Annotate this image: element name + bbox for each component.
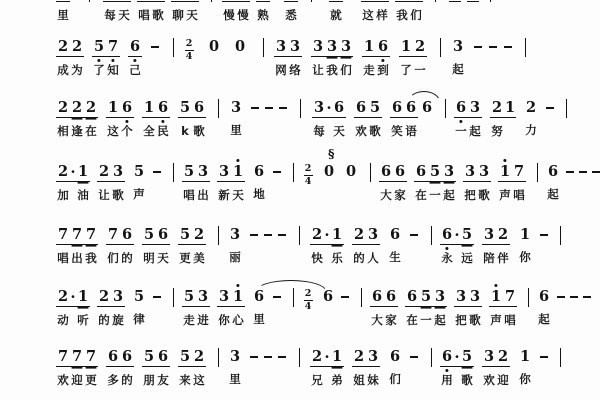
note-cell: 6民 (156, 99, 170, 139)
note-cell: 6生 (388, 226, 402, 265)
barline-glyph (208, 0, 215, 1)
dash-note-glyph (569, 288, 579, 306)
barline (86, 0, 93, 1)
lyric-char: 一 (420, 313, 432, 328)
lyric-char: 出 (197, 188, 209, 203)
note-cell-glyph: 3 (442, 163, 456, 182)
clipped-note: 这 (361, 0, 375, 23)
barline (428, 226, 435, 244)
time-signature: 24 (301, 163, 315, 186)
note-cell-glyph: 3 (111, 288, 125, 307)
note-cell: 1你 (518, 226, 532, 265)
clipped-note-glyph (185, 0, 199, 2)
lyric-char: 的 (121, 373, 133, 388)
octave-dot-below (445, 247, 448, 250)
note-cell-glyph: 1 (489, 288, 503, 307)
note-cell: 6友 (156, 348, 170, 388)
dash-note (569, 288, 579, 306)
clipped-note: 样 (375, 0, 389, 23)
notation-system: 7唱7出7我7们6的5明6天5更2美3丽2快·1乐2的3人6生6永·5远3陪2伴… (56, 226, 564, 266)
note-cell: 3陪 (482, 226, 496, 266)
clipped-note-glyph (151, 0, 165, 2)
time-signature-glyph: 24 (301, 163, 315, 186)
note-cell-glyph: 5 (460, 348, 474, 367)
dash-note (582, 288, 592, 306)
note-cell: 1听 (76, 288, 90, 328)
lyric-char: 天 (333, 124, 345, 139)
barline-glyph (260, 38, 267, 56)
note-cell-glyph: 6 (393, 163, 407, 182)
lyric-char: 在 (406, 313, 418, 328)
note-cell: 6家 (393, 163, 407, 203)
note-cell-glyph: 6 (332, 99, 346, 118)
note-cell: 7唱 (512, 163, 526, 203)
lyric-char: 家 (394, 188, 406, 203)
lyric-char: 人 (367, 251, 379, 266)
dash-note (556, 288, 566, 306)
lyric-char: 笑 (391, 124, 403, 139)
note-cell: 5走 (182, 288, 196, 328)
lyric-char: 起 (538, 312, 550, 327)
rest-note: 0 (323, 163, 335, 181)
lyric-char: 起 (434, 313, 446, 328)
barline-glyph (170, 38, 177, 56)
note-cell-glyph: 6 (405, 288, 419, 307)
note-cell-glyph: 3 (463, 163, 477, 182)
note-cell: 1了 (399, 38, 413, 78)
lyric-char: 络 (289, 63, 301, 78)
lyric-char: 快 (311, 251, 323, 266)
note-cell: 3每 (312, 99, 326, 139)
note-cell-glyph: 2 (56, 99, 70, 118)
note-cell: 5一 (419, 288, 433, 328)
barline-glyph (290, 163, 297, 181)
note-cell-glyph: 7 (84, 226, 98, 245)
dash-note (152, 163, 162, 181)
note-cell-glyph: 3 (196, 163, 210, 182)
lyric-char: 唱 (513, 188, 525, 203)
note-cell: 6语 (404, 99, 418, 139)
note-cell-glyph: 6 (454, 99, 468, 118)
lyric-char: 心 (232, 313, 244, 328)
lyric-char: 天 (118, 8, 130, 23)
note-cell: 2姐 (352, 348, 366, 388)
lyric-char: 里 (253, 312, 265, 327)
barline-glyph (428, 226, 435, 244)
note-cell: 3起 (442, 163, 456, 203)
lyric-char: 把 (464, 188, 476, 203)
dash-note (488, 38, 498, 56)
note-cell: 1天 (231, 163, 245, 203)
note-cell: 1弟 (330, 348, 344, 388)
note-cell-glyph: 6 (128, 38, 142, 57)
barline (525, 288, 532, 306)
dash-note-glyph (152, 288, 162, 306)
note-cell: 2加 (56, 163, 70, 203)
lyric-char: 多 (107, 373, 119, 388)
lyric-char: 相 (57, 124, 69, 139)
barline (290, 288, 297, 306)
dash-note-glyph (249, 348, 259, 366)
note-cell-glyph: 2 (192, 226, 206, 245)
note-cell-glyph: 5 (182, 163, 196, 182)
lyric-char: 就 (330, 8, 342, 23)
note-cell: 1声 (489, 288, 503, 328)
dash-note (249, 226, 259, 244)
note-cell-glyph: 3 (454, 288, 468, 307)
lyric-char: 声 (490, 313, 502, 328)
lyric-char: 你 (519, 250, 531, 265)
barline (215, 99, 222, 117)
note-cell-glyph: 2 (413, 38, 427, 57)
note-cell: 5歌 (460, 348, 474, 388)
note-cell: 2努 (490, 99, 504, 139)
note-cell-glyph: 1 (330, 348, 344, 367)
barline-glyph (525, 288, 532, 306)
lyric-char: 一 (455, 124, 467, 139)
dash-note (249, 348, 259, 366)
note-cell-glyph: 6 (537, 288, 551, 306)
note-cell-glyph: 6 (322, 288, 334, 306)
note-cell-glyph: 2 (56, 163, 70, 182)
note-cell: 2动 (56, 288, 70, 328)
lyric-char: 地 (253, 187, 265, 202)
lyric-char: 努 (491, 124, 503, 139)
note-cell-glyph: 3 (477, 163, 491, 182)
barline-glyph (308, 0, 315, 1)
clipped-note: 悉 (284, 0, 298, 23)
lyric-char: 熟 (257, 8, 269, 23)
lyric-char: 我 (396, 8, 408, 23)
note-cell-glyph: 3 (366, 226, 380, 245)
clipped-note (449, 0, 461, 2)
lyric-char: 样 (376, 8, 388, 23)
octave-dot-below (125, 120, 128, 123)
note-cell-glyph: 6 (388, 348, 402, 366)
note-cell: 7更 (84, 348, 98, 388)
note-cell-glyph: 6 (252, 163, 266, 181)
note-cell-glyph: 1 (76, 288, 90, 307)
lyric-char: 欢 (355, 124, 367, 139)
dash-note-glyph (340, 288, 350, 306)
note-cell: 2在 (84, 99, 98, 139)
note-cell-glyph: 3 (325, 38, 339, 57)
dash-note (503, 38, 513, 56)
note-cell: 5歌 (368, 99, 382, 139)
lyric-char: 起 (443, 188, 455, 203)
barline-glyph (215, 226, 222, 244)
note-cell: 6永 (440, 226, 454, 266)
barline (308, 0, 315, 1)
lyric-char: 油 (77, 188, 89, 203)
dash-note (340, 288, 350, 306)
note-cell-glyph: 7 (70, 226, 84, 245)
barline (487, 0, 494, 1)
note-cell-glyph: 3 (339, 38, 353, 57)
lyric-char: 天 (186, 8, 198, 23)
note-cell: 5朋 (142, 348, 156, 388)
clipped-note: 里 (56, 0, 70, 23)
lyric-char: 们 (340, 63, 352, 78)
note-cell: 2兄 (310, 348, 324, 388)
lyric-char: 明 (143, 251, 155, 266)
note-cell: 3旋 (111, 288, 125, 328)
lyric-char: 大 (371, 313, 383, 328)
dash-note (263, 226, 273, 244)
note-cell-glyph: 5 (428, 163, 442, 182)
notation-system: 2成2为5了7知6己24003网3络3让3我3们1走6到1了2一3起 (56, 38, 529, 78)
note-cell: 3把 (454, 288, 468, 328)
note-cell: 2让 (97, 163, 111, 203)
barline (170, 288, 177, 306)
barline (432, 0, 439, 1)
note-cell: 1声 (498, 163, 512, 203)
note-cell: 5了 (92, 38, 106, 78)
note-cell: 6到 (376, 38, 390, 78)
note-cell-glyph: 2 (310, 226, 324, 245)
note-cell-glyph: 6 (156, 348, 170, 367)
note-cell: 6们 (388, 348, 402, 387)
note-cell: 3里 (228, 348, 242, 387)
note-cell: 7唱 (56, 226, 70, 266)
lyric-char: 来 (179, 373, 191, 388)
lyric-char: 妹 (367, 373, 379, 388)
lyric-char: 更 (179, 251, 191, 266)
lyric-char: 把 (455, 313, 467, 328)
lyric-char: 迎 (71, 373, 83, 388)
note-cell-glyph: 6 (414, 163, 428, 182)
clipped-note-glyph (409, 0, 423, 2)
note-cell-glyph: 6 (106, 348, 120, 367)
note-cell: 6的 (120, 348, 134, 388)
note-cell-glyph: 5 (132, 288, 146, 306)
note-cell-glyph: 3 (288, 38, 302, 57)
octave-dot-above (236, 159, 239, 162)
lyric-char: 走 (183, 313, 195, 328)
lyric-char: 慢 (237, 8, 249, 23)
rest-note-glyph: 0 (208, 38, 220, 56)
note-cell: 1 (504, 99, 516, 118)
clipped-note-glyph (395, 0, 409, 2)
note-cell-glyph: 3 (228, 226, 242, 244)
barline-glyph (86, 0, 93, 1)
note-cell: 7我 (84, 226, 98, 266)
dash-note-glyph (578, 163, 588, 181)
dash-note-glyph (277, 226, 287, 244)
lyric-char: 们 (107, 251, 119, 266)
lyric-char: 里 (230, 123, 242, 138)
dash-note (278, 99, 288, 117)
lyric-char: 远 (461, 251, 473, 266)
lyric-char: 你 (519, 372, 531, 387)
note-cell: 6多 (106, 348, 120, 388)
lyric-char: 声 (499, 188, 511, 203)
lyric-char: 让 (312, 63, 324, 78)
note-cell: 3把 (463, 163, 477, 203)
note-cell: 6歌 (192, 99, 206, 139)
note-cell: 6用 (440, 348, 454, 388)
rest-note: 0 (234, 38, 246, 56)
lyric-char: 欢 (57, 373, 69, 388)
dash-note (277, 348, 287, 366)
note-cell: 1你 (518, 348, 532, 387)
note-cell-glyph: 1 (498, 163, 512, 182)
octave-dot-below (381, 59, 384, 62)
note-cell: 3们 (339, 38, 353, 78)
lyric-char: 更 (85, 373, 97, 388)
dash-note (150, 38, 160, 56)
note-cell-glyph: 3 (482, 348, 496, 367)
rest-note-glyph: 0 (323, 163, 335, 181)
barline-glyph (442, 99, 449, 117)
note-cell-glyph: 7 (106, 226, 120, 245)
note-cell: 5来 (178, 348, 192, 388)
dash-note (272, 288, 282, 306)
clipped-note: 歌 (151, 0, 165, 23)
lyric-char: 起 (452, 62, 464, 77)
note-cell-glyph: 5 (368, 99, 382, 118)
note-cell-glyph: 3 (366, 348, 380, 367)
note-cell-glyph: 5 (142, 226, 156, 245)
lyric-char: 歌 (369, 124, 381, 139)
note-cell: 2为 (70, 38, 84, 78)
note-cell: 6 (322, 288, 334, 306)
lyric-char: 兄 (311, 373, 323, 388)
note-cell-glyph: 2 (97, 288, 111, 307)
clipped-note-glyph (329, 0, 343, 2)
note-cell: 6 (421, 99, 433, 117)
lyric-char: k (181, 124, 189, 139)
lyric-char: 为 (71, 63, 83, 78)
note-cell-glyph: 3 (451, 38, 465, 56)
rest-note-glyph: 0 (345, 163, 357, 181)
note-cell: 3歌 (477, 163, 491, 203)
note-cell-glyph: 6 (440, 226, 454, 245)
clipped-note-glyph (256, 0, 270, 2)
note-cell-glyph: 1 (231, 163, 245, 182)
clipped-note (467, 0, 479, 2)
dash-note-glyph (250, 99, 260, 117)
dash-note-glyph (263, 348, 273, 366)
dash-note (545, 99, 555, 117)
lyric-char: 每 (313, 124, 325, 139)
lyric-char: 天 (157, 251, 169, 266)
note-cell-glyph: 1 (76, 163, 90, 182)
dash-note-glyph (277, 348, 287, 366)
barline (208, 0, 215, 1)
lyric-char: 进 (197, 313, 209, 328)
note-cell: 6大 (370, 288, 384, 328)
lyric-char: 走 (363, 63, 375, 78)
lyric-char: 乐 (331, 251, 343, 266)
note-cell-glyph: 2 (310, 348, 324, 367)
dash-note-glyph (263, 226, 273, 244)
barline (215, 226, 222, 244)
lyric-char: 用 (441, 373, 453, 388)
barline-glyph (170, 288, 177, 306)
barline (358, 288, 365, 306)
notation-system: 里每天唱歌聊天慢慢熟悉就这样我们 (56, 0, 494, 23)
dash-note-glyph (556, 288, 566, 306)
note-cell-glyph: 5 (92, 38, 106, 57)
note-cell-glyph: 3 (274, 38, 288, 57)
barline-glyph (487, 0, 494, 1)
note-cell-glyph: 2 (496, 226, 510, 245)
note-cell: 6起 (546, 163, 560, 202)
lyric-char: 们 (389, 372, 401, 387)
dash-note (578, 163, 588, 181)
sheet-music-score: 里每天唱歌聊天慢慢熟悉就这样我们2成2为5了7知6己24003网3络3让3我3们… (0, 0, 600, 400)
note-cell: 6天 (332, 99, 346, 139)
note-cell: 6笑 (390, 99, 404, 139)
clipped-note: 慢 (222, 0, 236, 23)
note-cell: 6大 (379, 163, 393, 203)
barline-glyph (522, 38, 529, 56)
note-cell: 5更 (178, 226, 192, 266)
dash-note (152, 288, 162, 306)
rest-note-glyph: 0 (234, 38, 246, 56)
dash-note-glyph (409, 226, 419, 244)
lyric-char: 永 (441, 251, 453, 266)
note-cell: 6的 (120, 226, 134, 266)
lyric-char: 新 (218, 188, 230, 203)
barline-glyph (367, 163, 374, 181)
note-cell-glyph: 1 (399, 38, 413, 57)
note-cell: 3里 (229, 99, 243, 138)
notation-system: 2相2逢2在1这6个1全6民5k6歌3里3每·6天6欢5歌6笑6语66一3起2努… (56, 99, 570, 139)
note-cell-glyph: 2 (70, 99, 84, 118)
octave-dot-below (111, 59, 114, 62)
lyric-char: 天 (232, 188, 244, 203)
dash-note (539, 348, 549, 366)
lyric-char: 美 (193, 251, 205, 266)
lyric-char: 在 (85, 124, 97, 139)
note-cell: 3起 (451, 38, 465, 77)
note-cell-glyph: 2 (496, 348, 510, 367)
clipped-note: 们 (409, 0, 423, 23)
note-cell: 6天 (156, 226, 170, 266)
note-cell-glyph: 5 (178, 99, 192, 118)
dash-note (263, 348, 273, 366)
note-cell-glyph: 5 (142, 348, 156, 367)
barline (170, 38, 177, 56)
lyric-char: 歌 (478, 188, 490, 203)
clipped-note: 慢 (236, 0, 250, 23)
lyric-char: 的 (98, 313, 110, 328)
lyric-char: 朋 (143, 373, 155, 388)
lyric-char: 到 (377, 63, 389, 78)
octave-dot-above (494, 284, 497, 287)
lyric-char: 的 (353, 251, 365, 266)
note-cell: 7迎 (70, 348, 84, 388)
barline-glyph (290, 288, 297, 306)
lyric-char: 歌 (193, 124, 205, 139)
note-cell-glyph: 7 (84, 348, 98, 367)
lyric-char: 聊 (172, 8, 184, 23)
note-cell-glyph: 1 (231, 288, 245, 307)
barline-glyph (437, 38, 444, 56)
note-cell-glyph: 5 (182, 288, 196, 307)
lyric-char: 一 (429, 188, 441, 203)
note-cell: 2的 (97, 288, 111, 328)
clipped-note-glyph (56, 0, 70, 2)
octave-dot-below (97, 59, 100, 62)
dash-note-glyph (278, 99, 288, 117)
note-cell-glyph: 3 (229, 99, 243, 117)
dash-note (277, 226, 287, 244)
dash-note-glyph (264, 99, 274, 117)
note-cell-glyph: 6 (390, 99, 404, 118)
